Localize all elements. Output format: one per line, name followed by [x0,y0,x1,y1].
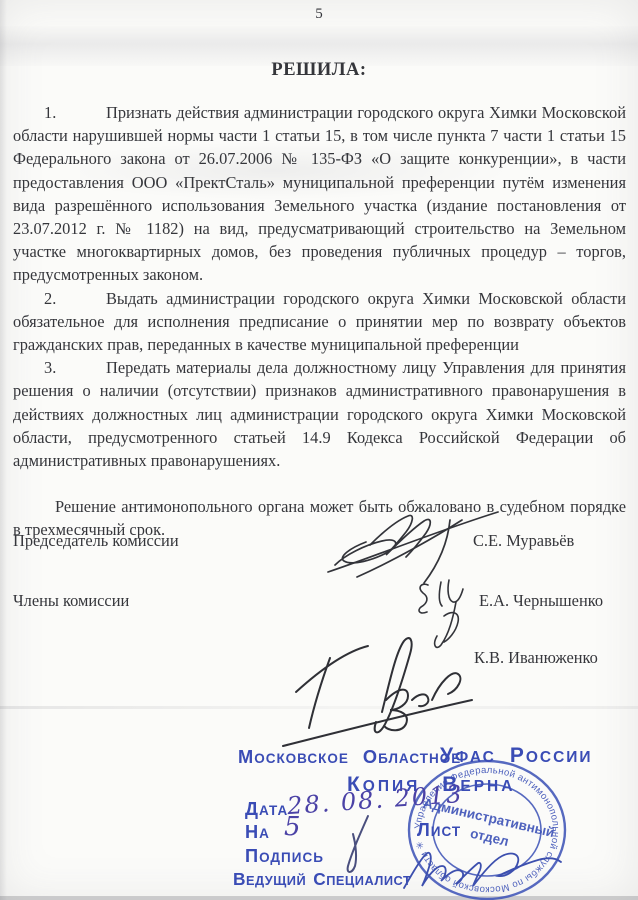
stamp-org-right: УФАСРОССИИ [440,744,607,768]
signature-specialist [404,853,561,888]
decision-body: 1.Признать действия администрации городс… [13,101,626,542]
paragraph-2-number: 2. [44,287,106,310]
paragraph-3-number: 3. [44,356,106,379]
signatory-name-ivanyuzhenko: К.В. Иванюженко [474,648,598,668]
signature-podpis-mark [348,816,368,872]
svg-text:отдел: отдел [469,826,510,849]
stamp-specialist-label: ВЕДУЩИЙСПЕЦИАЛИСТ [233,869,418,890]
scan-artifact-crease-line [0,706,638,709]
decision-paragraph-1: 1.Признать действия администрации городс… [13,101,626,287]
handwritten-date: 28. 08. 2013 [286,780,464,820]
signatory-role-chairman: Председатель комиссии [13,531,179,551]
paragraph-1-number: 1. [44,101,106,124]
decision-paragraph-2: 2.Выдать администрации городского округа… [13,287,626,357]
signature-ivanyuzhenko [283,638,472,746]
paragraph-1-text: Признать действия администрации городско… [13,103,626,284]
signatory-name-muravyov: С.Е. Муравьёв [473,531,574,551]
scan-artifact-bottom-edge [0,896,638,900]
scan-artifact-left-edge [0,0,7,900]
stamp-sheets-label: НА [245,822,277,843]
page-number: 5 [0,6,638,23]
decision-paragraph-3: 3.Передать материалы дела должностному л… [13,356,626,472]
handwritten-sheet-count: 5 [284,812,301,842]
signatory-role-members: Члены комиссии [13,591,129,611]
document-title: РЕШИЛА: [0,60,638,81]
stamp-sheets-suffix: ЛИСТ [417,820,469,841]
signatory-name-chernyshenko: Е.А. Чернышенко [479,591,603,611]
signature-chernyshenko [419,580,463,647]
scanned-document-page: 5 РЕШИЛА: 1.Признать действия администра… [0,0,638,900]
stamp-signature-label: ПОДПИСЬ [245,846,331,867]
